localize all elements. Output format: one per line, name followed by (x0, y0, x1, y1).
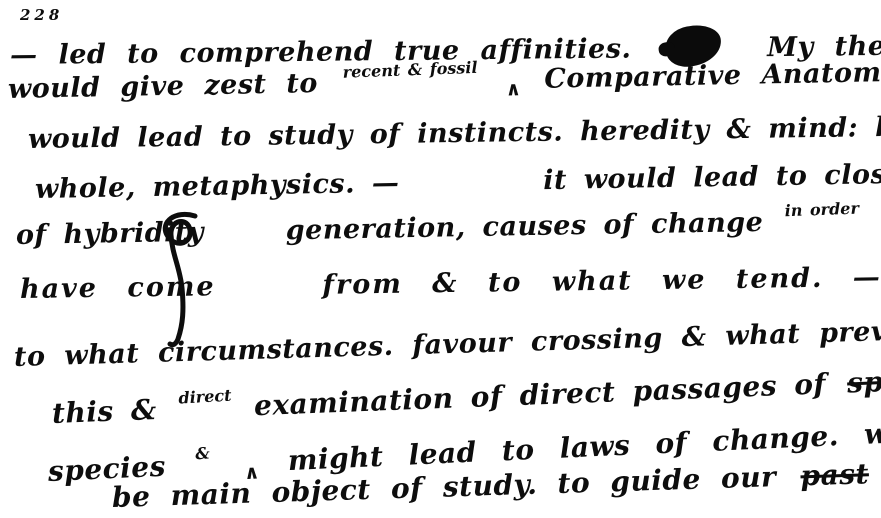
handwritten-text: Comparative Anatomy, it (544, 58, 881, 93)
manuscript-line-3: would lead to study of instincts. heredi… (28, 112, 881, 153)
spacing-gap (245, 294, 293, 295)
manuscript-line-6: have come from & to what we tend. — (20, 264, 881, 303)
struck-word: species (847, 365, 881, 398)
handwritten-text: examination of direct passages of (254, 370, 827, 420)
insertion-caret: ∧ (505, 80, 521, 99)
interlinear-insertion: direct (178, 388, 232, 407)
hybridity-ampersand-flourish (157, 210, 207, 350)
handwritten-text: generation, causes of change (286, 209, 764, 244)
spacing-gap (221, 240, 269, 241)
page-number: 228 (20, 6, 63, 24)
handwritten-text: would lead to study of instincts. heredi… (28, 112, 881, 153)
handwritten-text: would give zest to (8, 70, 318, 103)
interlinear-insertion: recent & fossil (342, 60, 477, 81)
manuscript-page: 228 — led to comprehend true affinities.… (0, 0, 881, 518)
interlinear-insertion: in order (785, 201, 860, 220)
manuscript-line-7: to what circumstances. favour crossing &… (14, 315, 881, 371)
handwritten-text: it would lead to closest examination (543, 157, 881, 194)
manuscript-line-5: of hybridity generation, causes of chang… (16, 201, 881, 249)
spacing-gap (416, 189, 526, 191)
manuscript-line-4: whole, metaphysics. — it would lead to c… (35, 157, 881, 203)
handwritten-text: this & (51, 396, 157, 428)
handwritten-text: from & to what we tend. — (322, 264, 881, 299)
handwritten-text: to what circumstances. favour crossing &… (14, 315, 881, 371)
struck-word: past (800, 460, 869, 490)
interlinear-insertion: & (195, 446, 210, 463)
handwritten-text: whole, metaphysics. — (35, 170, 400, 203)
